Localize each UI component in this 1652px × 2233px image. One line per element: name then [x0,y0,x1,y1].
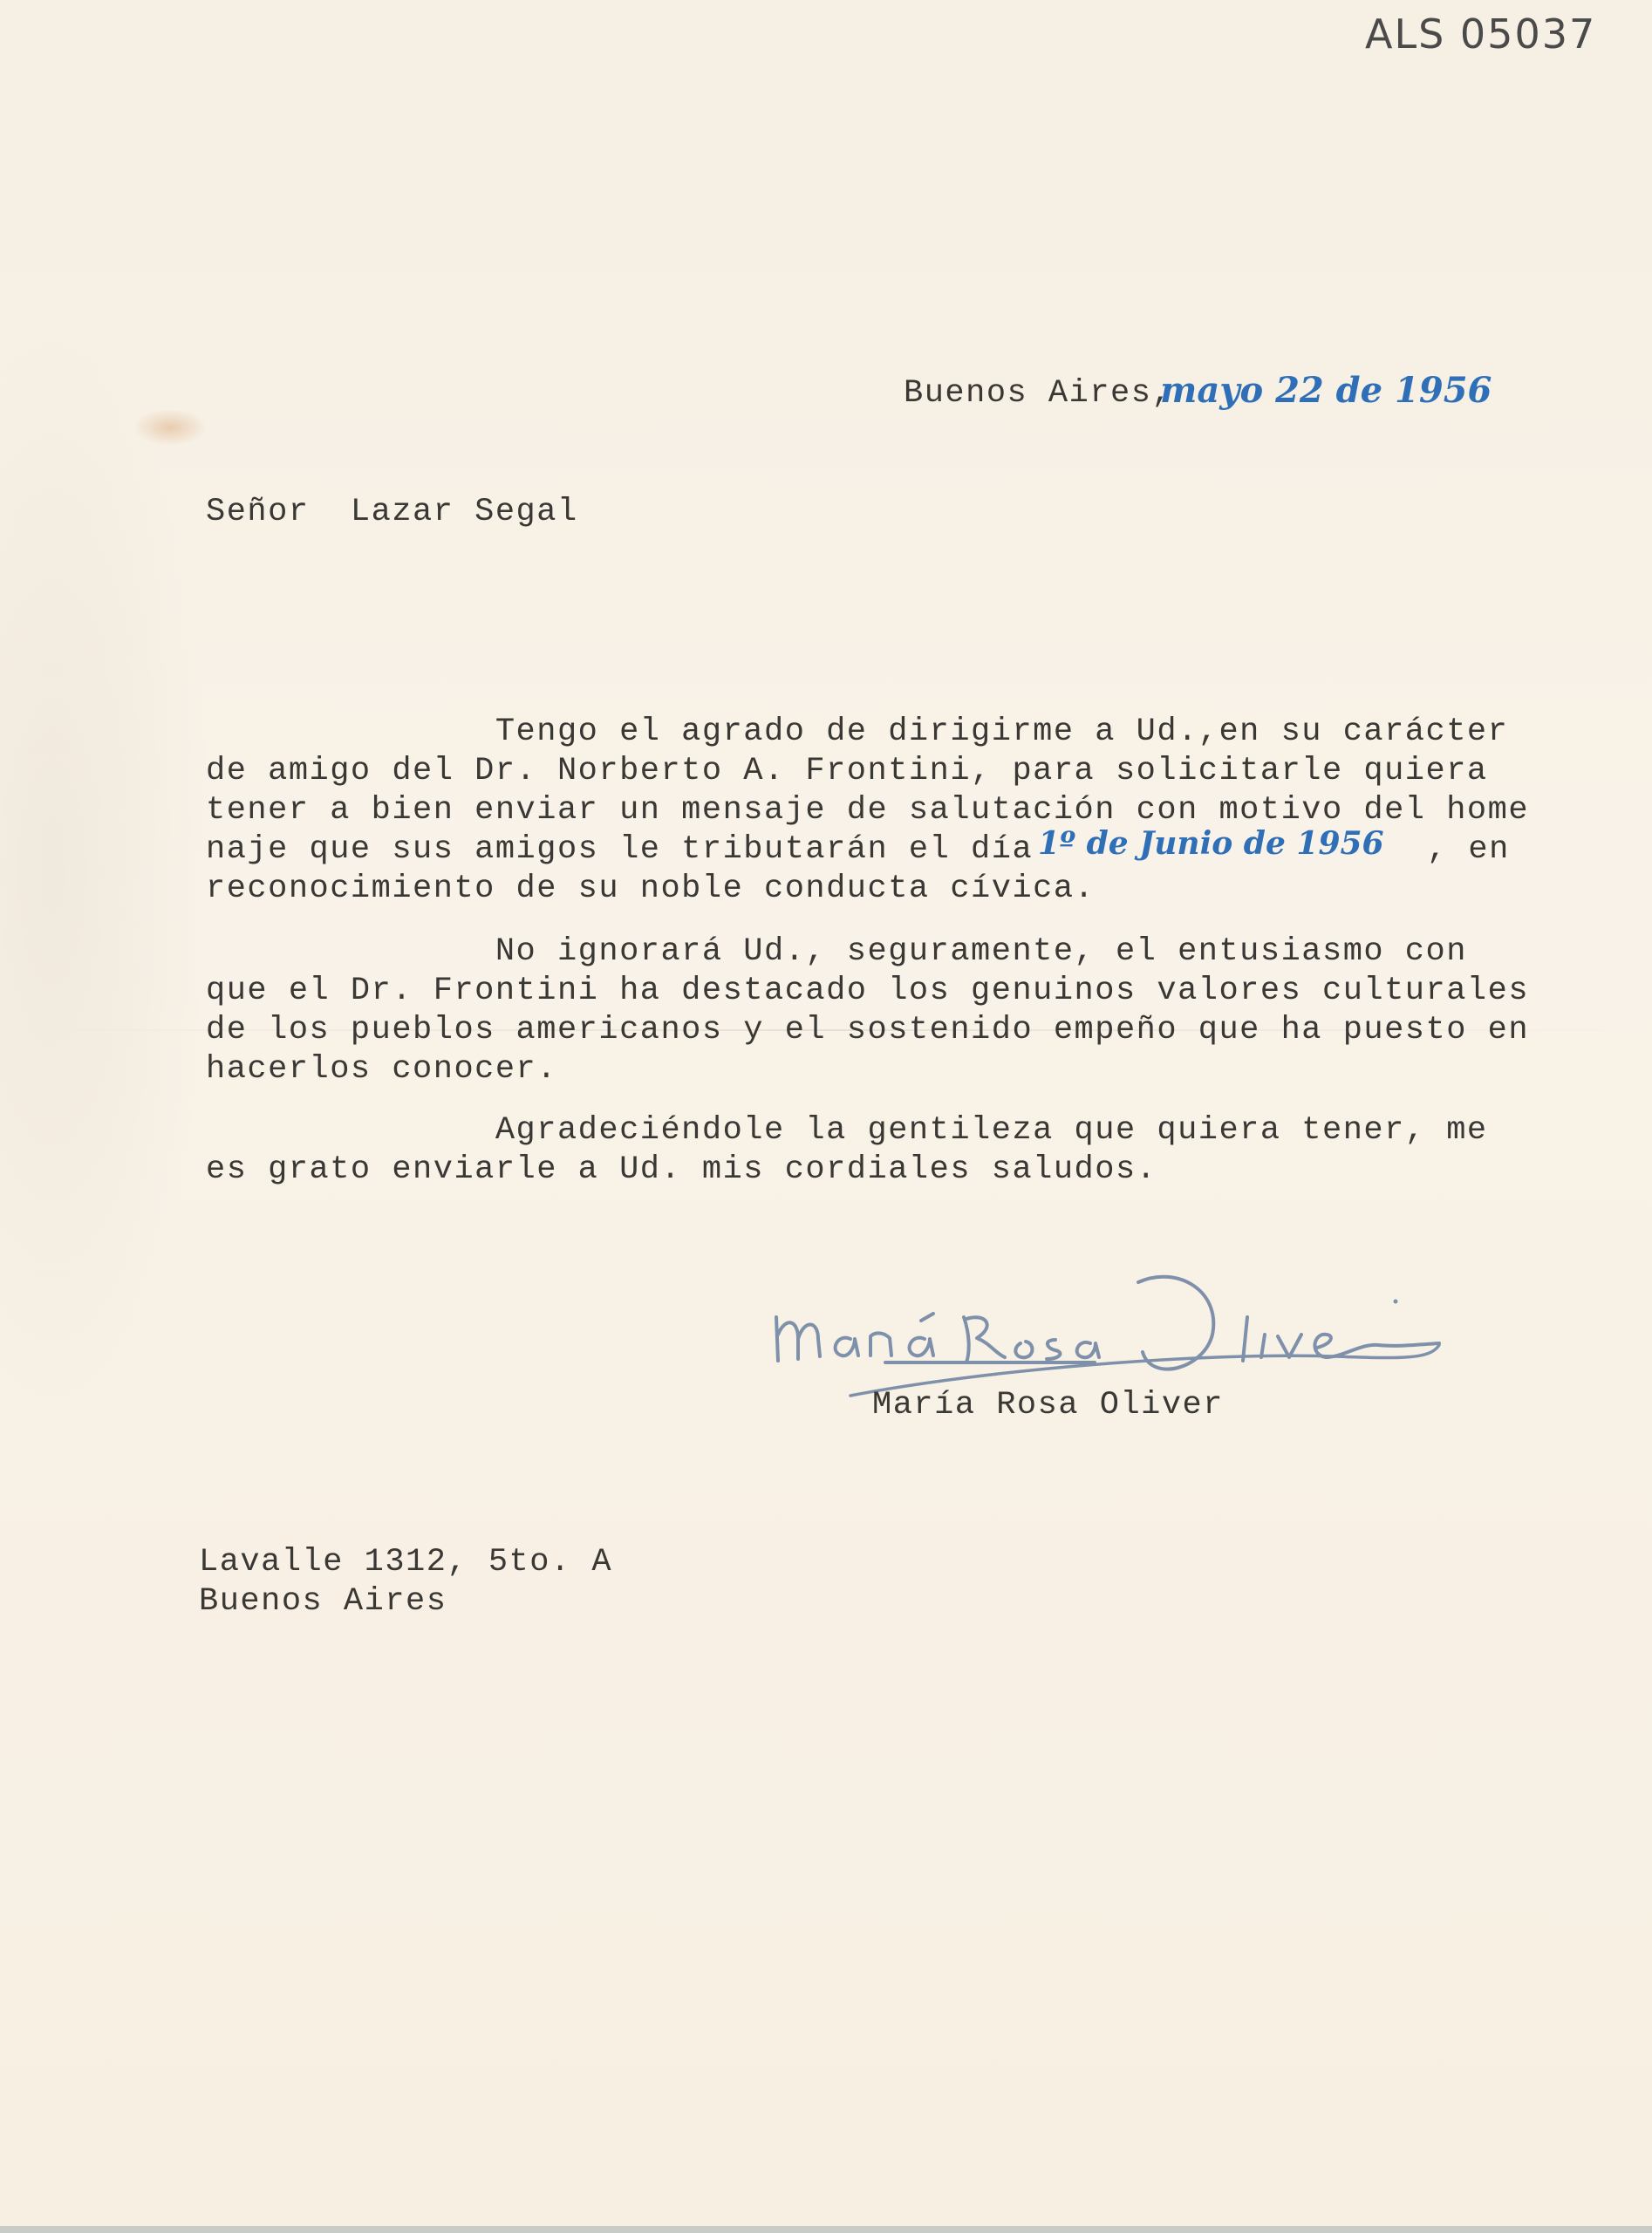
paragraph-line: naje que sus amigos le tributarán el día [206,831,1033,868]
paragraph-line: es grato enviarle a Ud. mis cordiales sa… [206,1151,1157,1188]
paragraph-line: Tengo el agrado de dirigirme a Ud.,en su… [206,714,1508,750]
handwritten-date: mayo 22 de 1956 [1160,370,1492,411]
paragraph-line: de amigo del Dr. Norberto A. Frontini, p… [206,753,1488,789]
paragraph-line: que el Dr. Frontini ha destacado los gen… [206,973,1529,1009]
salutation: Señor Lazar Segal [206,494,578,530]
scan-edge [0,2226,1652,2233]
address-line: Buenos Aires [199,1583,447,1620]
paragraph-line: Agradeciéndole la gentileza que quiera t… [206,1112,1488,1149]
typed-signature-name: María Rosa Oliver [872,1387,1224,1424]
handwritten-event-date: 1º de Junio de 1956 [1038,825,1384,862]
paragraph-line: No ignorará Ud., seguramente, el entusia… [206,933,1467,970]
paragraph-line: tener a bien enviar un mensaje de saluta… [206,792,1529,829]
paragraph-line: de los pueblos americanos y el sostenido… [206,1012,1529,1048]
address-line: Lavalle 1312, 5to. A [199,1544,612,1581]
paragraph-line-end: , en [1427,831,1510,868]
paragraph-line: reconocimiento de su noble conducta cívi… [206,871,1095,907]
archive-id: ALS 05037 [1365,10,1596,58]
paragraph-line: hacerlos conocer. [206,1051,557,1088]
place-line: Buenos Aires, [904,375,1172,412]
